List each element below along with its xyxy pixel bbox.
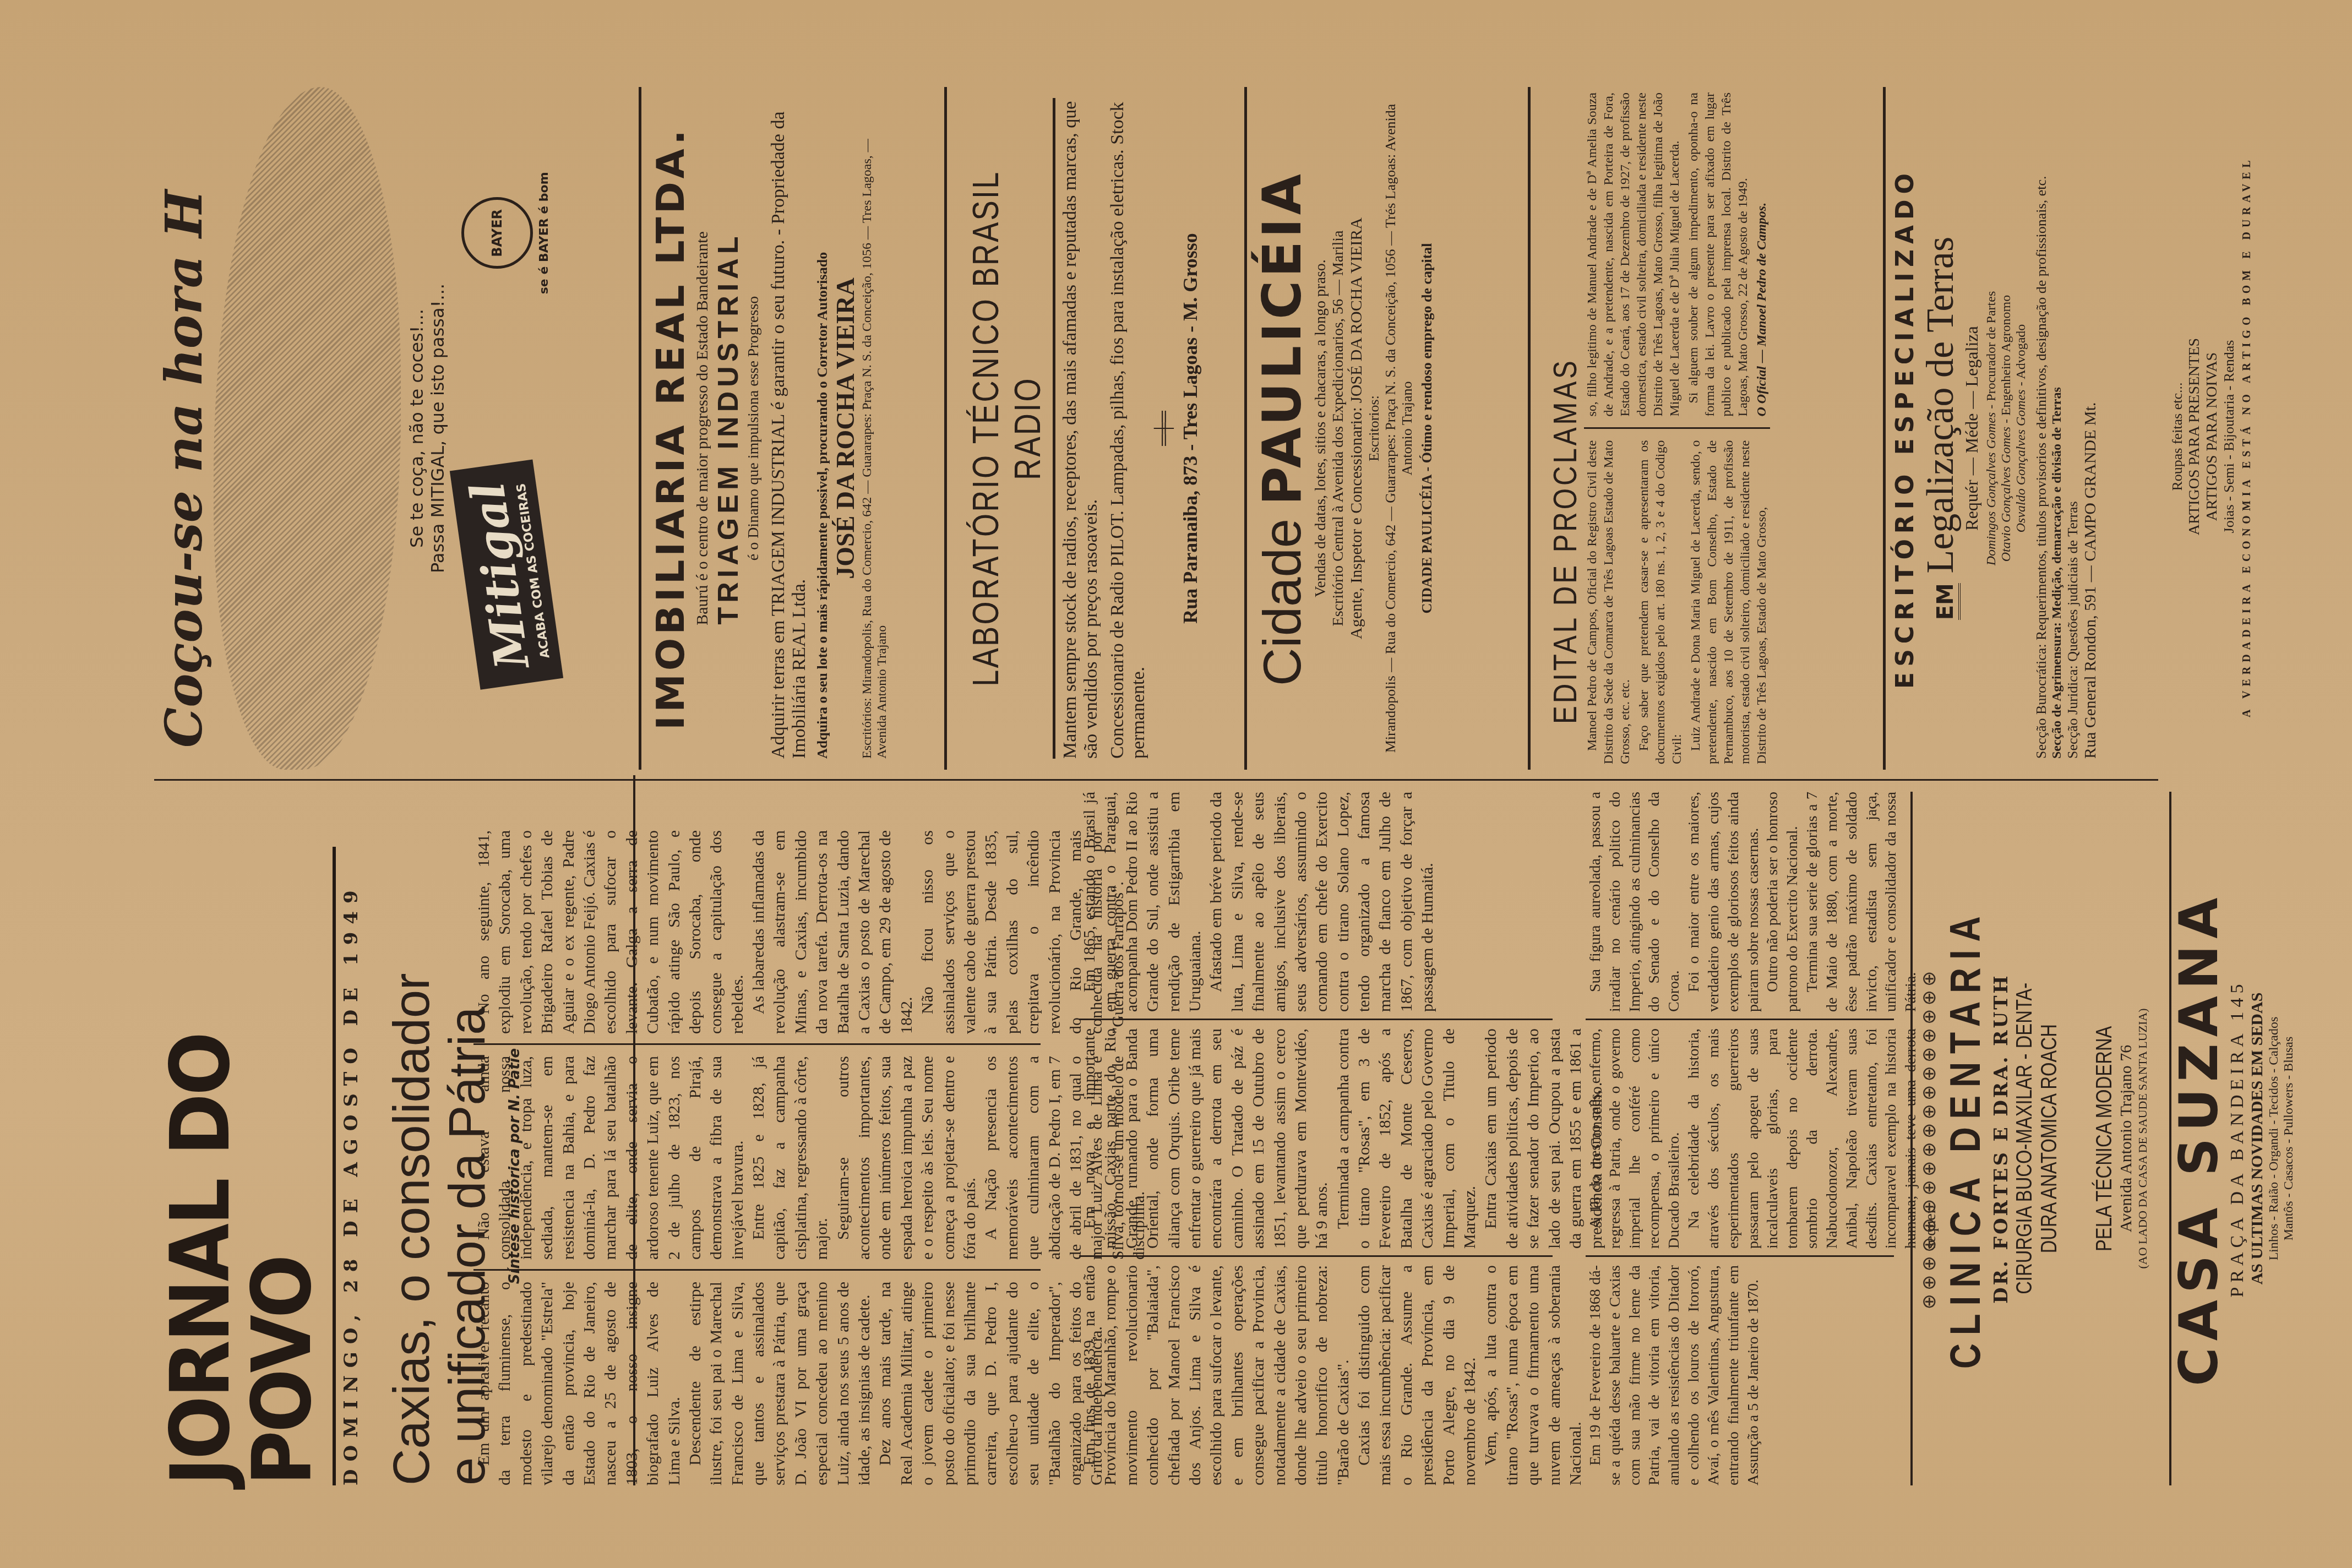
pauliceia-title-light: Cidade [1253, 519, 1312, 686]
page-center-rule [154, 779, 2158, 781]
column-rule [1586, 1019, 1894, 1020]
pauliceia-line-2: Escritório Central à Avenida dos Expedic… [1330, 98, 1347, 759]
staff-role: Procurador de Partes [1984, 291, 1999, 401]
headline-line-1: Caxias, o consolidador [384, 847, 440, 1485]
staff-role: Engenheiro Agronomo [1999, 295, 2013, 416]
ornament-divider: ═╪═ [1155, 98, 1173, 759]
mitigal-logo-box: Mitigal ACABA COM AS COCEIRAS [449, 459, 563, 689]
paragraph: As labaredas inflamadas da revolução ala… [748, 830, 917, 1034]
radio-body-1: Mantem sempre stock de radios, receptore… [1060, 98, 1102, 759]
paragraph: Si alguem souber de algum impedimento, o… [1685, 92, 1751, 417]
mitigal-copy-1: Se te coça, não te coces!... [406, 87, 427, 770]
staff-name: Otavio Gonçalves Gomes [1999, 427, 2013, 562]
escritorio-section-1: Secção Burocrática: Requerimentos, titul… [2033, 98, 2050, 759]
pauliceia-offices-label: Escritorios: [1366, 98, 1382, 759]
casa-suzana-line-3: Roupas feitas etc... [2169, 92, 2186, 781]
ad-escritorio-terras: ESCRITÓRIO ESPECIALIZADO EM Legalização … [1883, 87, 2158, 770]
staff-name: Domingos Gonçalves Gomes [1984, 412, 1999, 566]
imobiliaria-agent: JOSÉ DA ROCHA VIEIRA [831, 98, 860, 759]
escritorio-staff-3: Osvaldo Gonçalves Gomes - Advogado [2014, 98, 2029, 759]
ad-clinica-dentaria: ⊕⊕⊕⊕⊕⊕⊕⊕⊕⊕⊕⊕⊕⊕⊕⊕⊕⊕ CLINICA DENTARIA DR. … [1910, 792, 2092, 1485]
article-column-4: Em fins de 1839, na então Província do M… [1079, 1265, 1575, 1485]
clinica-line-3: PELA TÉCNICA MODERNA [2092, 1026, 2117, 1251]
casa-suzana-address: PRAÇA DA BANDEIRA 145 [2227, 792, 2248, 1485]
imobiliaria-cta: Adquira o seu lote o mais rápidamente po… [814, 98, 831, 759]
radio-body-2: Concessionario de Radio PILOT. Lampadas,… [1107, 98, 1149, 759]
pauliceia-line-3: Agente, Inspetor e Concessionario: JOSÉ … [1347, 98, 1366, 759]
paragraph: Não estava ainda consolidada nossa indep… [473, 1056, 748, 1260]
column-rule [1079, 1255, 1553, 1257]
staff-role: Advogado [2014, 324, 2028, 379]
clinica-address: Avenida Antonio Trajano 76 [2117, 792, 2136, 1485]
article-column-8: A 18 do mesmo mês, enfermo, regressa à P… [1586, 1028, 1916, 1249]
ad-mitigal: Coçou-se na hora H Se te coça, não te co… [154, 87, 628, 770]
pauliceia-footer: CIDADE PAULICÉIA - Ótimo e rendoso empre… [1419, 98, 1435, 759]
ornament-border: ⊕⊕⊕⊕⊕⊕⊕⊕⊕⊕⊕⊕⊕⊕⊕⊕⊕⊕ [1918, 792, 1940, 1485]
column-rule [473, 1043, 1041, 1045]
casa-suzana-headline: AS ULTIMAS NOVIDADES EM SEDAS [2248, 792, 2267, 1485]
casa-suzana-footer: A VERDADEIRA ECONOMIA ESTÁ NO ARTIGO BOM… [2241, 92, 2253, 781]
paragraph: Dez anos mais tarde, na Real Academia Mi… [875, 1282, 1107, 1485]
casa-suzana-line-6: Joias - Semi - Bijoutaria - Rendas [2221, 92, 2237, 781]
paragraph: Faço saber que pretendem casar-se e apre… [1636, 440, 1685, 765]
bayer-cross-logo: BAYER [461, 197, 533, 269]
paragraph: Luiz Andrade e Dona Maria Miguel de Lace… [1687, 440, 1770, 765]
signature: O Oficial — Manoel Pedro de Campos. [1754, 92, 1770, 417]
ad-brasil-radio: LABORATÓRIO TÉCNICO BRASIL RADIO Mantem … [958, 87, 1233, 770]
ad-casa-suzana: CASA SUZANA PRAÇA DA BANDEIRA 145 AS ULT… [2169, 792, 2345, 1485]
casa-suzana-line-1: Linhos - Raião - Organdi - Tecidos - Cal… [2267, 792, 2282, 1485]
imobiliaria-offices: Escritórios: Mirandopolis, Rua do Comerc… [860, 98, 890, 759]
clinica-note: (AO LADO DA CASA DE SAUDE SANTA LUZIA) [2136, 792, 2150, 1485]
bayer-claim: se é BAYER é bom [537, 172, 551, 294]
article-column-2: Não estava ainda consolidada nossa indep… [473, 1056, 1068, 1260]
paragraph: Em fins de 1839, na então Província do M… [1079, 1265, 1354, 1485]
article-column-9: Sua figura aureolada, passou a irradiar … [1586, 792, 1916, 1012]
pauliceia-line-1: Vendas de datas, lotes, sitios e chacara… [1312, 98, 1330, 759]
newspaper-title: JORNAL DO POVO [160, 898, 323, 1485]
paragraph: Outro não poderia ser o honroso patrono … [1763, 792, 1803, 1012]
paragraph: so, filho legitimo de Manuel Andrade e d… [1584, 92, 1683, 417]
paragraph: Em 19 de Fevereiro de 1868 dá-se a quéda… [1586, 1265, 1763, 1485]
column-rule [473, 1269, 1041, 1271]
paragraph: Caxias foi distinguido com mais essa inc… [1354, 1265, 1480, 1485]
escritorio-address: Rua General Rondon, 591 — CAMPO GRANDE M… [2081, 98, 2100, 759]
escritorio-section-2: Secção de Agrimensura: Medição, demarcaç… [2050, 98, 2065, 759]
article-column-5: Em nova e importante missão, Caxias part… [1079, 1028, 1575, 1249]
ad-cidade-pauliceia: Cidade PAULICÉIA Vendas de datas, lotes,… [1244, 87, 1531, 770]
casa-suzana-line-2: Mantôs - Casacos - Pullowers - Blusas [2282, 792, 2296, 1485]
paragraph: A 18 do mesmo mês, enfermo, regressa à P… [1586, 1028, 1684, 1249]
escritorio-em: EM [1933, 583, 1961, 620]
paragraph: Manoel Pedro de Campos, Oficial do Regis… [1584, 440, 1634, 765]
casa-suzana-title: CASA SUZANA [2171, 792, 2227, 1485]
horse-jockey-illustration [214, 87, 401, 770]
ad-edital-proclamas: EDITAL DE PROCLAMAS Manoel Pedro de Camp… [1542, 87, 1872, 770]
paragraph: Entre 1825 e 1828, já capitão, faz a cam… [748, 1056, 833, 1260]
radio-address: Rua Paranaiba, 873 - Tres Lagoas - M. Gr… [1179, 98, 1202, 759]
mitigal-copy-2: Passa MITIGAL, que isto passa!... [427, 87, 448, 770]
article-column-3: No ano seguinte, 1841, explodiu em Soroc… [473, 830, 1068, 1034]
article-column-7: Em 19 de Fevereiro de 1868 dá-se a quéda… [1586, 1265, 1916, 1485]
mitigal-slogan: Coçou-se na hora H [154, 87, 214, 770]
paragraph: Descendente de estirpe ilustre, foi seu … [685, 1282, 875, 1485]
pauliceia-offices: Mirandopolis — Rua do Comercio, 642 — Gu… [1382, 98, 1415, 759]
paragraph: Na celebridade da historia, através dos … [1684, 1028, 1941, 1249]
paragraph: Em 1865, estando o Brasil já em guerra c… [1079, 792, 1206, 1012]
escritorio-services: Requér — Méde — Legaliza [1962, 98, 1982, 759]
paragraph: Terminada a campanha contra o tirano "Ro… [1333, 1028, 1481, 1249]
paragraph: Em nova e importante missão, Caxias part… [1079, 1028, 1333, 1249]
paragraph: Em um aprasivel recanto da terra flumine… [473, 1282, 685, 1485]
masthead: JORNAL DO POVO DOMINGO, 28 DE AGOSTO DE … [160, 847, 468, 1485]
clinica-title: CLINICA DENTARIA [1940, 908, 1990, 1369]
paragraph: Vem, após, a luta contra o tirano "Rosas… [1480, 1265, 1586, 1485]
imobiliaria-title: IMOBILIARIA REAL LTDA. [648, 98, 693, 759]
dateline: DOMINGO, 28 DE AGOSTO DE 1949 [333, 847, 362, 1485]
escritorio-subtitle: Legalização de Terras [1919, 237, 1962, 574]
imobiliaria-line-1: Baurú é o centro de maior progresso do E… [693, 98, 712, 759]
proclamas-title: EDITAL DE PROCLAMAS [1546, 358, 1584, 724]
article-column-1: Em um aprasivel recanto da terra flumine… [473, 1282, 1068, 1485]
escritorio-staff-2: Otavio Gonçalves Gomes - Engenheiro Agro… [1999, 98, 2014, 759]
paragraph: Termina sua serie de glorias a 7 de Maio… [1803, 792, 1921, 1012]
imobiliaria-highlight: TRIAGEM INDUSTRIAL [712, 98, 745, 759]
radio-title: LABORATÓRIO TÉCNICO BRASIL RADIO [965, 157, 1048, 699]
proclamas-column-1: Manoel Pedro de Campos, Oficial do Regis… [1584, 440, 1770, 765]
paragraph: Seguiram-se outros acontecimentos import… [833, 1056, 981, 1260]
column-rule [1586, 1255, 1894, 1257]
paragraph: Afastado em bréve periodo da luta, Lima … [1206, 792, 1438, 1012]
casa-suzana-line-4: ARTIGOS PARA PRESENTES [2186, 92, 2203, 781]
paragraph: Sua figura aureolada, passou a irradiar … [1586, 792, 1684, 1012]
escritorio-title: ESCRITÓRIO ESPECIALIZADO [1891, 98, 1919, 759]
escritorio-section-3: Secção Juridica: Questões judiciais de T… [2065, 98, 2081, 759]
clinica-line-1: CIRURGIA BUCO-MAXILAR - DENTA- [2012, 983, 2037, 1294]
article-column-6: Em 1865, estando o Brasil já em guerra c… [1079, 792, 1575, 1012]
casa-suzana-line-5: ARTIGOS PARA NOIVAS [2203, 92, 2221, 781]
imobiliaria-line-2: é o Dinamo que impulsiona esse Progresso [745, 98, 763, 759]
escritorio-staff-1: Domingos Gonçalves Gomes - Procurador de… [1984, 98, 1999, 759]
ad-clinica-dentaria-footer: PELA TÉCNICA MODERNA Avenida Antonio Tra… [2092, 792, 2158, 1485]
ad-imobiliaria-real: IMOBILIARIA REAL LTDA. Baurú é o centro … [639, 87, 947, 770]
imobiliaria-body: Adquirir terras em TRIAGEM INDUSTRIAL é … [768, 98, 810, 759]
column-rule [1079, 1019, 1553, 1020]
staff-name: Osvaldo Gonçalves Gomes [2014, 389, 2028, 532]
paragraph: No ano seguinte, 1841, explodiu em Soroc… [473, 830, 748, 1034]
pauliceia-title-bold: PAULICÉIA [1251, 171, 1313, 505]
clinica-line-2: DURA ANATOMICA ROACH [2037, 1024, 2062, 1253]
clinica-doctors: DR. FORTES E DRA. RUTH [1990, 792, 2012, 1485]
newspaper-page: JORNAL DO POVO DOMINGO, 28 DE AGOSTO DE … [0, 0, 2352, 1568]
paragraph: Foi o maior entre os maiores, verdadeiro… [1684, 792, 1763, 1012]
casa-suzana-items: Roupas feitas etc... ARTIGOS PARA PRESEN… [2169, 92, 2345, 781]
proclamas-column-2: so, filho legitimo de Manuel Andrade e d… [1584, 92, 1770, 417]
